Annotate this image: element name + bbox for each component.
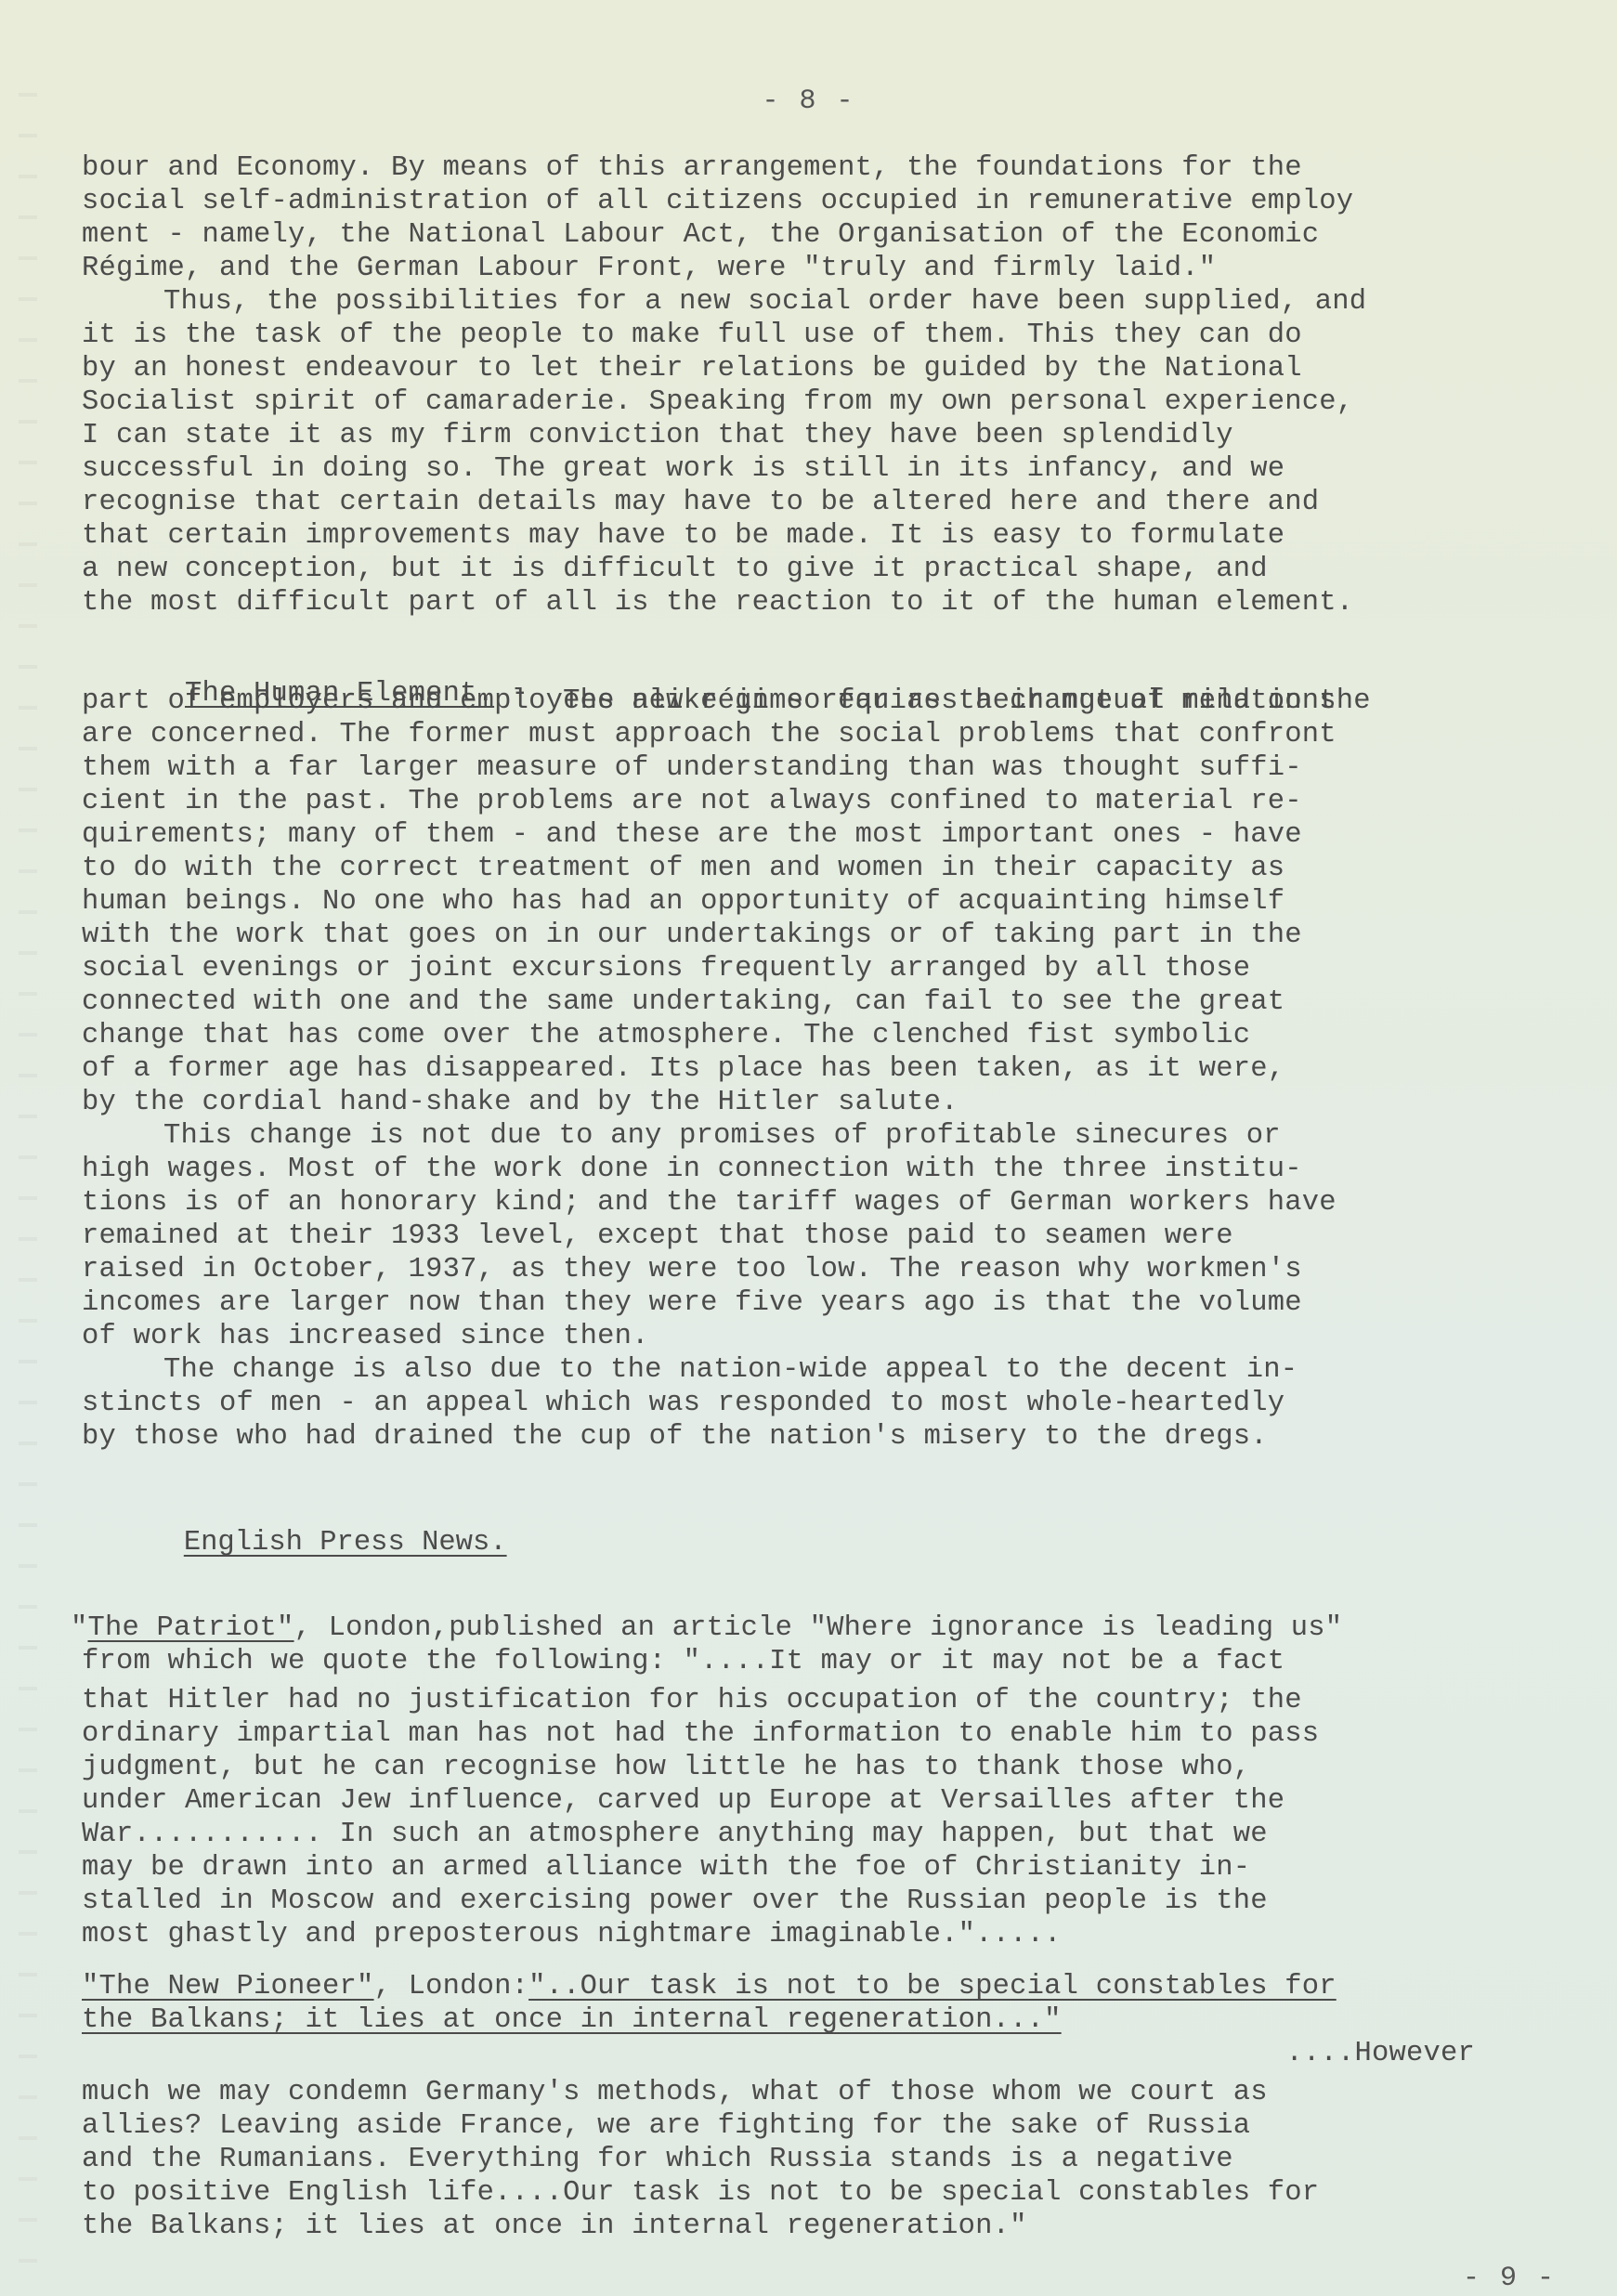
section-heading-line: The Human Element. - The new régime requ… [82,644,1586,677]
intro-paragraph: bour and Economy. By means of this arran… [82,151,1586,285]
text-line: Régime, and the German Labour Front, wer… [82,252,1586,285]
text-line: This change is not due to any promises o… [82,1119,1586,1153]
text-span: , London,published an article "Where ign… [294,1612,1343,1644]
page-number-bottom: - 9 - [1463,2263,1556,2294]
text-line: social self-administration of all citize… [82,185,1586,218]
publication-title-patriot: The Patriot" [88,1612,294,1644]
text-line: "The Patriot", London,published an artic… [71,1611,1586,1645]
text-line: may be drawn into an armed alliance with… [82,1851,1586,1885]
text-line: allies? Leaving aside France, we are fig… [82,2109,1586,2143]
patriot-item: "The Patriot", London,published an artic… [71,1611,1586,1951]
section-heading-english-press-news: English Press News. [184,1527,507,1559]
text-line: from which we quote the following: "....… [71,1645,1586,1678]
text-line: by an honest endeavour to let their rela… [82,352,1586,385]
page-number-top: - 8 - [0,85,1617,117]
text-line: the Balkans; it lies at once in internal… [82,2003,1586,2037]
text-line: by the cordial hand-shake and by the Hit… [82,1086,1586,1119]
text-line: "The New Pioneer", London:"..Our task is… [82,1970,1586,2003]
text-line: bour and Economy. By means of this arran… [82,151,1586,185]
text-line: War........... In such an atmosphere any… [82,1818,1586,1851]
text-line: under American Jew influence, carved up … [82,1784,1586,1818]
text-line: the Balkans; it lies at once in internal… [82,2210,1586,2243]
text-line: human beings. No one who has had an oppo… [82,885,1586,919]
english-press-news-section: English Press News. "The Patriot", Londo… [82,1493,1586,2243]
publication-title-new-pioneer: "The New Pioneer" [82,1971,374,2002]
text-line: The new régime requires a change of mind… [563,685,1371,717]
text-line: them with a far larger measure of unders… [82,751,1586,785]
text-line: successful in doing so. The great work i… [82,452,1586,486]
text-line: high wages. Most of the work done in con… [82,1153,1586,1186]
binding-holes [19,56,37,2266]
text-line: I can state it as my firm conviction tha… [82,419,1586,452]
human-element-section: The Human Element. - The new régime requ… [82,644,1586,1454]
section-heading-line: English Press News. [82,1493,1586,1593]
possibilities-paragraph: Thus, the possibilities for a new social… [82,285,1586,620]
text-line: a new conception, but it is difficult to… [82,553,1586,586]
text-line: connected with one and the same undertak… [82,985,1586,1019]
text-line: raised in October, 1937, as they were to… [82,1253,1586,1286]
text-line: of work has increased since then. [82,1320,1586,1353]
text-line: by those who had drained the cup of the … [82,1420,1586,1454]
text-line: cient in the past. The problems are not … [82,785,1586,818]
text-line: that certain improvements may have to be… [82,519,1586,553]
document-page: - 8 - bour and Economy. By means of this… [0,0,1617,2296]
underlined-quote: "..Our task is not to be special constab… [528,1971,1337,2002]
text-line: tions is of an honorary kind; and the ta… [82,1186,1586,1220]
new-pioneer-item: "The New Pioneer", London:"..Our task is… [82,1970,1586,2243]
text-line: of a former age has disappeared. Its pla… [82,1052,1586,1086]
text-line: recognise that certain details may have … [82,486,1586,519]
open-quote: " [71,1612,88,1644]
text-line: stalled in Moscow and exercising power o… [82,1885,1586,1918]
text-line: ordinary impartial man has not had the i… [82,1717,1586,1751]
text-line: ment - namely, the National Labour Act, … [82,218,1586,252]
text-line: The change is also due to the nation-wid… [82,1353,1586,1387]
text-line: social evenings or joint excursions freq… [82,952,1586,985]
text-line: are concerned. The former must approach … [82,718,1586,751]
text-line: to do with the correct treatment of men … [82,852,1586,885]
text-span: , London: [374,1971,529,2002]
underlined-quote: the Balkans; it lies at once in internal… [82,2004,1062,2036]
text-line: most ghastly and preposterous nightmare … [82,1918,1586,1951]
text-line: that Hitler had no justification for his… [82,1684,1586,1717]
text-line: Thus, the possibilities for a new social… [82,285,1586,319]
text-line: to positive English life....Our task is … [82,2176,1586,2210]
text-line: judgment, but he can recognise how littl… [82,1751,1586,1784]
text-line: the most difficult part of all is the re… [82,586,1586,620]
text-line: Socialist spirit of camaraderie. Speakin… [82,385,1586,419]
text-line: and the Rumanians. Everything for which … [82,2143,1586,2176]
text-line: quirements; many of them - and these are… [82,818,1586,852]
text-line: incomes are larger now than they were fi… [82,1286,1586,1320]
text-line: stincts of men - an appeal which was res… [82,1387,1586,1420]
text-line: remained at their 1933 level, except tha… [82,1220,1586,1253]
text-line: with the work that goes on in our undert… [82,919,1586,952]
text-line: ....However [82,2037,1586,2070]
text-line: change that has come over the atmosphere… [82,1019,1586,1052]
text-line: it is the task of the people to make ful… [82,319,1586,352]
text-line: much we may condemn Germany's methods, w… [82,2076,1586,2109]
